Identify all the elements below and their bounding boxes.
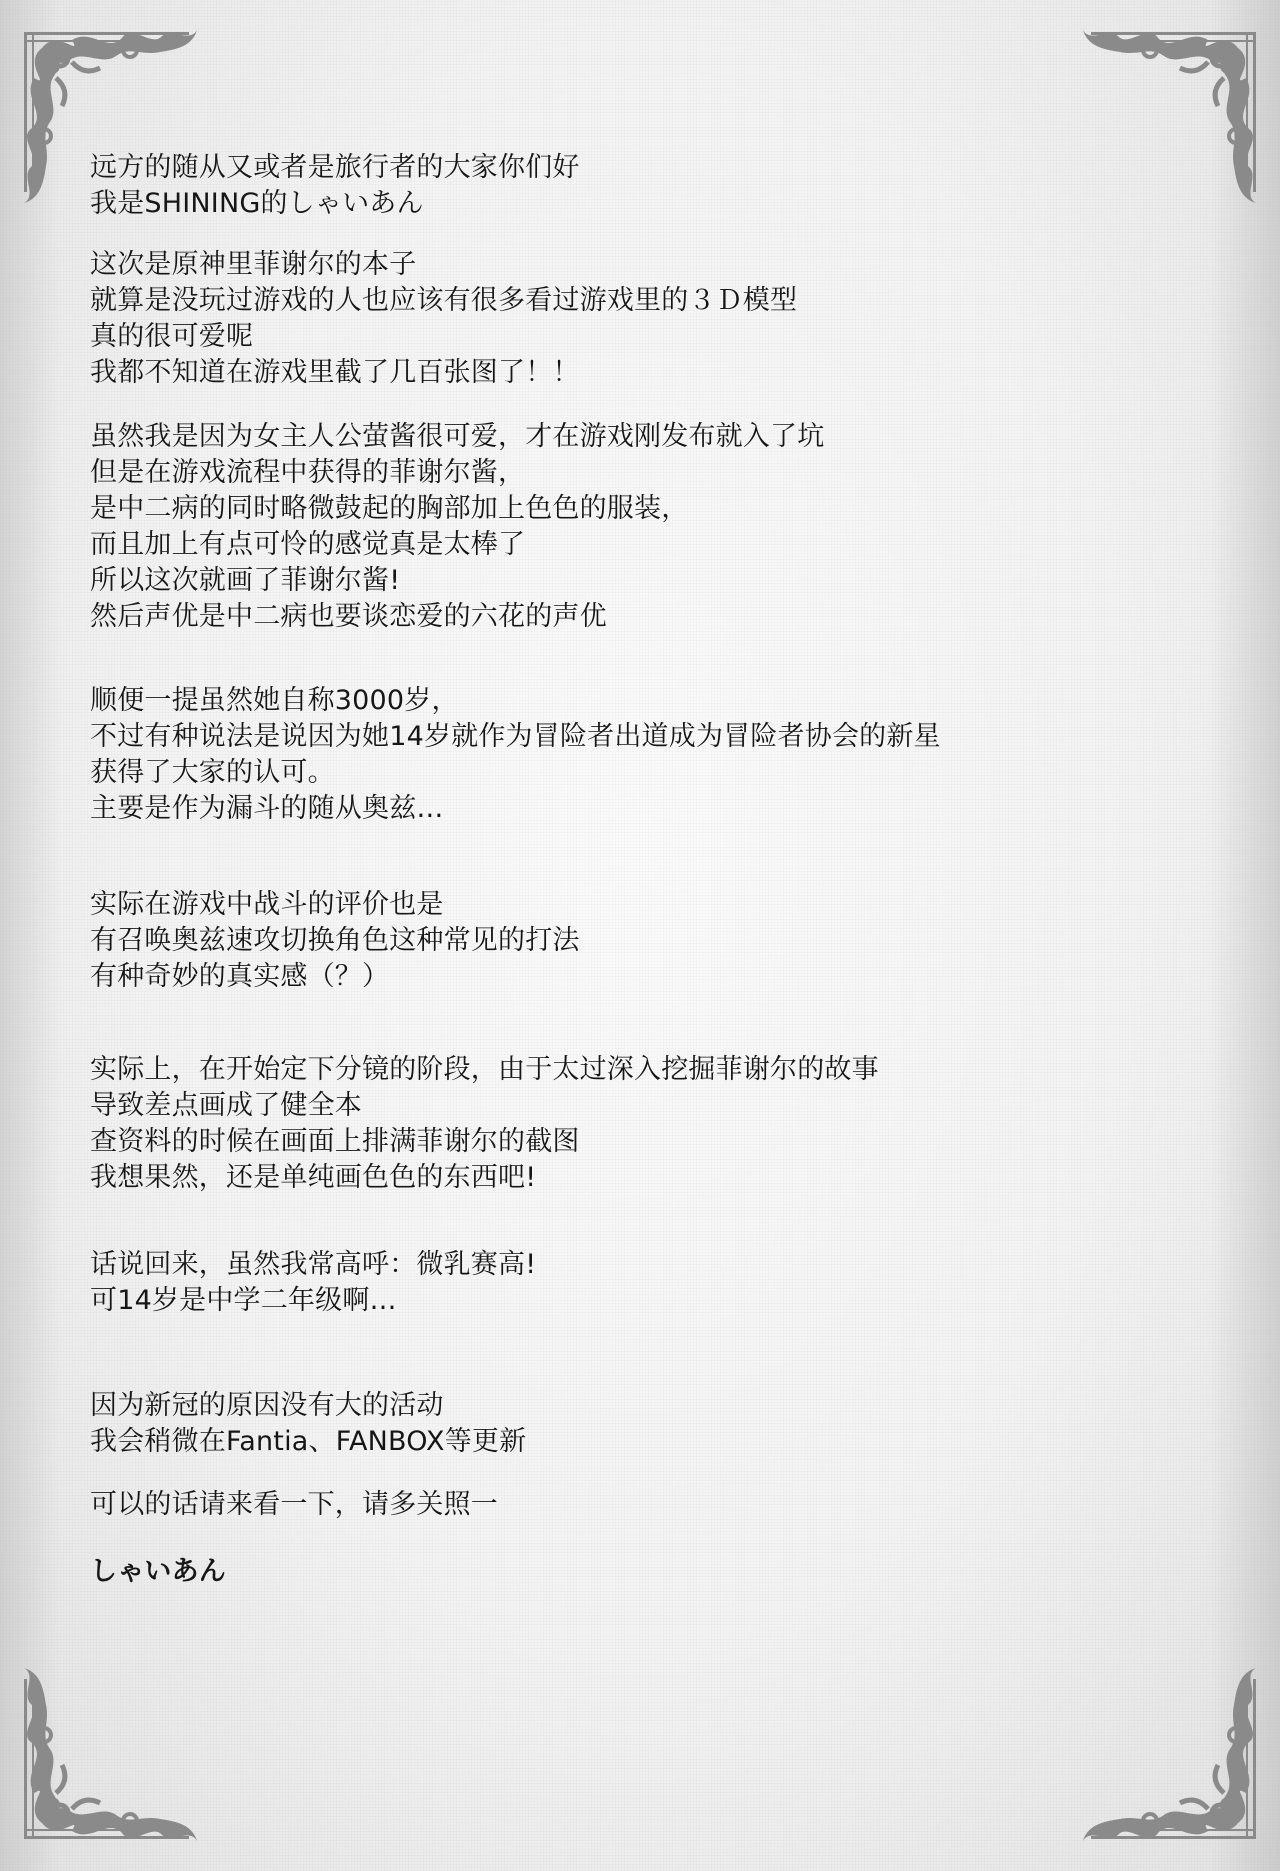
corner-ornament-bottom-right-icon — [1078, 1663, 1268, 1853]
text-line: 主要是作为漏斗的随从奥兹… — [90, 791, 1190, 827]
text-line: 导致差点画成了健全本 — [90, 1088, 1190, 1124]
paragraph-aside: 话说回来，虽然我常高呼：微乳赛高!可14岁是中学二年级啊… — [90, 1247, 1190, 1319]
paragraph-closing: 可以的话请来看一下，请多关照一 — [90, 1487, 1190, 1523]
acanthus-scroll-icon — [12, 1663, 202, 1853]
text-line: 虽然我是因为女主人公萤酱很可爱，才在游戏刚发布就入了坑 — [90, 419, 1190, 455]
text-line: 有召唤奥兹速攻切换角色这种常见的打法 — [90, 923, 1190, 959]
paragraph-why-fischl: 虽然我是因为女主人公萤酱很可爱，才在游戏刚发布就入了坑但是在游戏流程中获得的菲谢… — [90, 419, 1190, 635]
text-line: 获得了大家的认可。 — [90, 755, 1190, 791]
paragraph-greeting: 远方的随从又或者是旅行者的大家你们好我是SHINING的しゃいあん — [90, 150, 1190, 222]
text-line: 然后声优是中二病也要谈恋爱的六花的声优 — [90, 599, 1190, 635]
text-line: 有种奇妙的真实感（？） — [90, 959, 1190, 995]
paragraph-combat: 实际在游戏中战斗的评价也是有召唤奥兹速攻切换角色这种常见的打法有种奇妙的真实感（… — [90, 887, 1190, 995]
text-line: 可14岁是中学二年级啊… — [90, 1283, 1190, 1319]
text-line: 实际上，在开始定下分镜的阶段，由于太过深入挖掘菲谢尔的故事 — [90, 1052, 1190, 1088]
paragraph-storyboard: 实际上，在开始定下分镜的阶段，由于太过深入挖掘菲谢尔的故事导致差点画成了健全本查… — [90, 1052, 1190, 1196]
text-line: 远方的随从又或者是旅行者的大家你们好 — [90, 150, 1190, 186]
text-line: 但是在游戏流程中获得的菲谢尔酱， — [90, 455, 1190, 491]
text-line: 是中二病的同时略微鼓起的胸部加上色色的服装， — [90, 491, 1190, 527]
text-line: 因为新冠的原因没有大的活动 — [90, 1388, 1190, 1424]
text-line: 我都不知道在游戏里截了几百张图了！！ — [90, 355, 1190, 391]
signature-block: しゃいあん — [90, 1554, 1190, 1590]
text-line: 这次是原神里菲谢尔的本子 — [90, 247, 1190, 283]
text-line: 真的很可爱呢 — [90, 319, 1190, 355]
text-line: 我想果然，还是单纯画色色的东西吧! — [90, 1160, 1190, 1196]
text-line: 所以这次就画了菲谢尔酱! — [90, 563, 1190, 599]
text-line: 我会稍微在Fantia、FANBOX等更新 — [90, 1424, 1190, 1460]
text-line: 不过有种说法是说因为她14岁就作为冒险者出道成为冒险者协会的新星 — [90, 719, 1190, 755]
paragraph-intro: 这次是原神里菲谢尔的本子就算是没玩过游戏的人也应该有很多看过游戏里的３Ｄ模型真的… — [90, 247, 1190, 391]
text-line: 可以的话请来看一下，请多关照一 — [90, 1487, 1190, 1523]
right-edge-shadow — [1210, 0, 1280, 1871]
author-signature: しゃいあん — [90, 1554, 1190, 1590]
paragraph-updates: 因为新冠的原因没有大的活动我会稍微在Fantia、FANBOX等更新 — [90, 1388, 1190, 1460]
acanthus-scroll-icon — [1078, 1663, 1268, 1853]
text-line: 实际在游戏中战斗的评价也是 — [90, 887, 1190, 923]
left-edge-shadow — [0, 0, 60, 1871]
text-line: 就算是没玩过游戏的人也应该有很多看过游戏里的３Ｄ模型 — [90, 283, 1190, 319]
text-line: 查资料的时候在画面上排满菲谢尔的截图 — [90, 1124, 1190, 1160]
text-line: 而且加上有点可怜的感觉真是太棒了 — [90, 527, 1190, 563]
text-line: 我是SHINING的しゃいあん — [90, 186, 1190, 222]
paragraph-age: 顺便一提虽然她自称3000岁，不过有种说法是说因为她14岁就作为冒险者出道成为冒… — [90, 683, 1190, 827]
corner-ornament-bottom-left-icon — [12, 1663, 202, 1853]
text-line: 顺便一提虽然她自称3000岁， — [90, 683, 1190, 719]
text-line: 话说回来，虽然我常高呼：微乳赛高! — [90, 1247, 1190, 1283]
